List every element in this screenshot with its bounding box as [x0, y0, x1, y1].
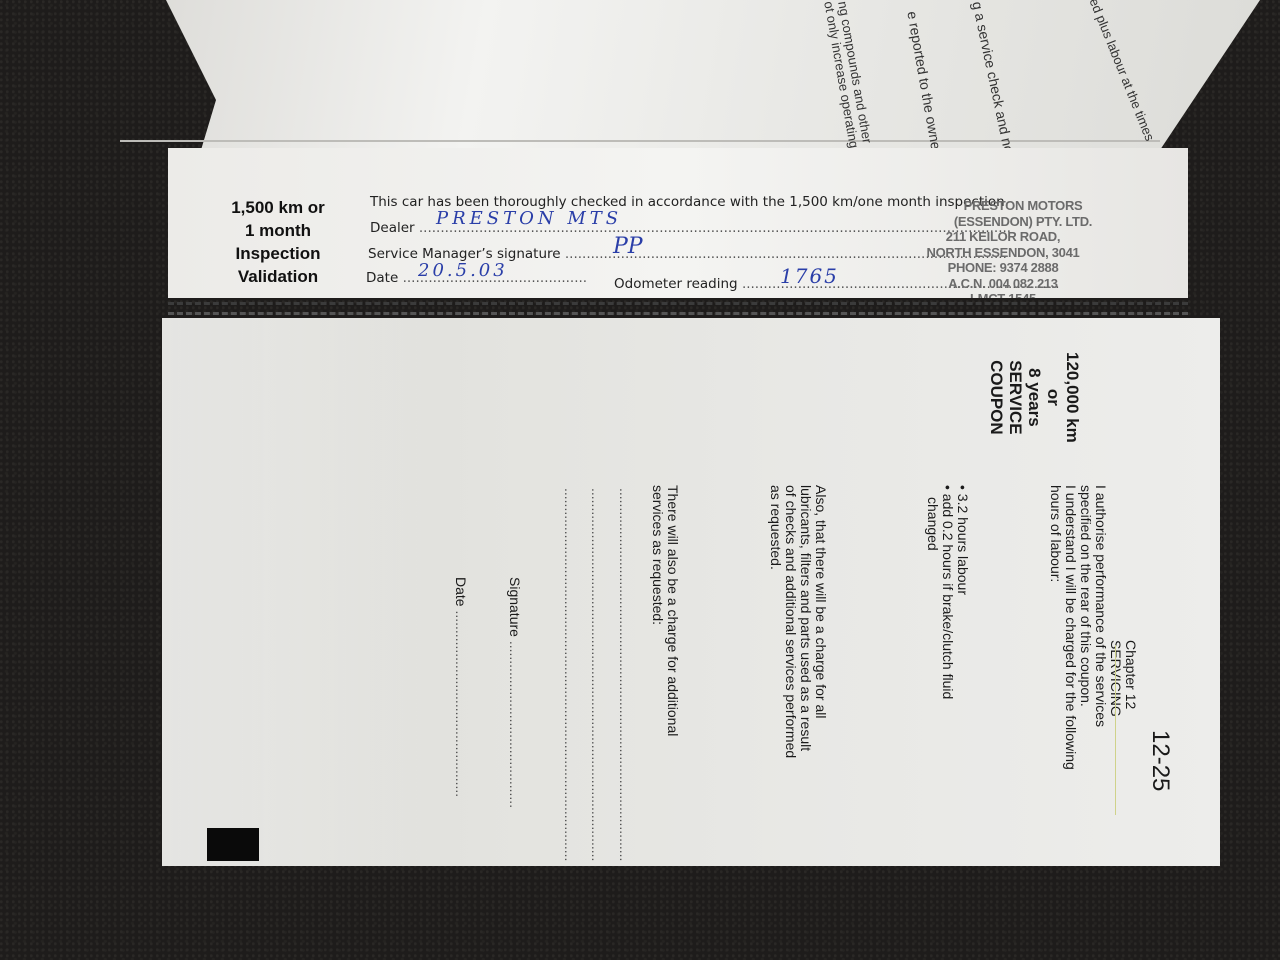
page-number: 12-25	[1153, 730, 1168, 791]
chapter-label: Chapter 12 SERVICING	[1108, 640, 1138, 717]
coupon-date-field[interactable]: Date ...................................…	[453, 577, 468, 797]
odometer-handwriting: 1765	[780, 264, 839, 288]
chapter-rule	[1115, 645, 1116, 815]
inspection-validation-strip: 1,500 km or 1 month Inspection Validatio…	[168, 148, 1188, 298]
perforation-line	[168, 302, 1188, 305]
coupon-title: 120,000 km or 8 years SERVICE COUPON	[987, 352, 1082, 443]
additional-service-line[interactable]: ........................................…	[589, 488, 604, 861]
dealer-stamp: PRESTON MOTORS (ESSENDON) PTY. LTD. 211 …	[893, 198, 1113, 307]
coupon-signature-field[interactable]: Signature ..............................…	[507, 577, 522, 808]
labour-bullets: • 3.2 hours labour • add 0.2 hours if br…	[925, 485, 970, 699]
validation-title: 1,500 km or 1 month Inspection Validatio…	[208, 196, 348, 288]
signature-handwriting: PP	[613, 234, 643, 259]
additional-service-line[interactable]: ........................................…	[617, 488, 632, 861]
additional-charge-text: There will also be a charge for addition…	[650, 485, 680, 736]
date-handwriting: 20.5.03	[418, 260, 508, 281]
also-charge-text: Also, that there will be a charge for al…	[768, 485, 828, 758]
additional-service-line[interactable]: ........................................…	[562, 488, 577, 861]
registration-mark	[207, 828, 259, 861]
dealer-handwriting: PRESTON MTS	[436, 208, 622, 229]
authorise-text: I authorise performance of the services …	[1048, 485, 1108, 770]
page-shadow	[162, 318, 442, 866]
perforation-line	[168, 312, 1188, 315]
